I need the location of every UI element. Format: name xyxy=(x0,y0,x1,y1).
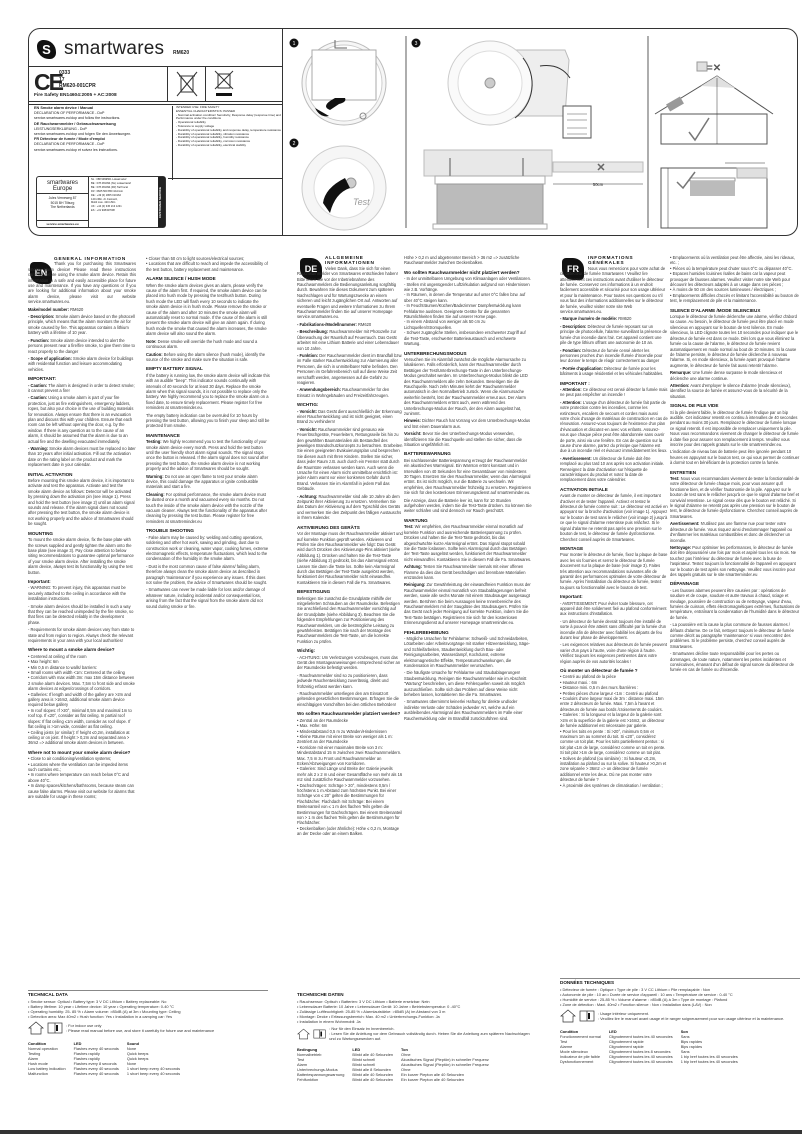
ce-line: RM620-001CPR xyxy=(59,83,96,90)
fr-condition-table: ConditionLEDSon Fonctionnement normalCli… xyxy=(560,1029,746,1064)
svg-text:✕: ✕ xyxy=(596,162,605,174)
smartwares-logo: S smartwares xyxy=(37,38,164,60)
en-technical-data: TECHNICAL DATA • Smoke sensor: Optical •… xyxy=(28,992,288,1076)
roof-placement-icon: =✕ xyxy=(655,62,773,144)
en-column-1: GENERAL INFORMATION Thank you for purcha… xyxy=(28,256,136,799)
weee-bin-bar-icon xyxy=(206,66,283,102)
installation-diagram: 1 2 Test 3 xyxy=(285,28,798,236)
fr-column-1: INFORMATIONS GÉNÉRALES Nous vous remerci… xyxy=(560,255,668,788)
indoor-house-icon xyxy=(297,1027,310,1041)
de-condition-table: BedingungLEDTon NormalbetriebBlinkt alle… xyxy=(297,1047,497,1082)
intended-use: INTENDED USE: FIRE SAFETY ESSENTIAL CHAR… xyxy=(172,106,282,180)
service-website: service.smartwares.eu xyxy=(37,220,88,227)
de-technical-data: TECHNISCHE DATEN • Rauchsensor: Optisch … xyxy=(297,992,537,1082)
en-condition-table: ConditionLEDSound Normal operationFlashe… xyxy=(28,1041,188,1076)
de-column-2: Höhe > 0,2 m und abgetrennter Bereich > … xyxy=(404,255,532,723)
fr-technical-data: DONNÉES TECHNIQUES • Détecteur de fumée … xyxy=(560,980,800,1064)
svg-text:1: 1 xyxy=(293,41,296,47)
declarations: EN Smoke alarm device / Manual DECLARATI… xyxy=(34,106,168,153)
phone-list: NL : 088 9999501 Lokaal tarief BE : 078 … xyxy=(89,177,158,227)
installation-illustrations: 1 2 Test 3 xyxy=(285,28,798,236)
logo-icon: S xyxy=(37,40,56,59)
ce-mark-icon: CE xyxy=(34,69,62,96)
en-column-2: • Closer than 50 cm to light sources/ele… xyxy=(146,256,270,611)
svg-text:50cm: 50cm xyxy=(593,182,604,187)
manual-book-icon xyxy=(47,1021,63,1035)
svg-text:2: 2 xyxy=(293,141,296,147)
table-row: DysfonctionnementClignotement toutes les… xyxy=(560,1059,746,1064)
fire-safety-standard: Fire Safety EN14604:2005 + AC:2008 xyxy=(34,93,117,98)
address: Jules Verneweg 87 5015 BH Tilburg The Ne… xyxy=(37,194,88,220)
table-row: MalfunctionFlashes every 40 seconds1 sho… xyxy=(28,1071,188,1076)
indoor-house-icon xyxy=(28,1021,44,1035)
ceiling-placement-icon xyxy=(661,163,767,228)
brand-name: smartwares xyxy=(64,38,164,60)
svg-text:3: 3 xyxy=(415,41,418,47)
manual-book-icon xyxy=(579,1009,595,1023)
bottom-edge xyxy=(0,1130,802,1134)
ce-certification: CE 0333 17 RM620-001CPR Fire Safety EN14… xyxy=(28,66,168,102)
weee-bin-icon xyxy=(168,66,206,102)
table-row: FehlfunktionBlinkt alle 40 SekundenEin k… xyxy=(297,1077,497,1082)
svg-text:=✕: =✕ xyxy=(707,63,721,74)
manual-book-icon xyxy=(313,1027,326,1041)
customer-service-label: CUSTOMER SERVICE xyxy=(158,177,165,227)
model-tag: RM620 xyxy=(173,50,189,56)
step2-test-icon: 2 Test xyxy=(290,139,387,231)
de-column-1: ALLGEMEINE INFORMATIONEN Vielen Dank, da… xyxy=(297,255,403,837)
step3-mounting-icon: 3 ✕ 50cm xyxy=(412,39,644,230)
rating-label: S smartwares RM620 CE 0333 17 RM620-001C… xyxy=(28,28,283,236)
indoor-house-icon xyxy=(560,1009,576,1023)
svg-text:Test: Test xyxy=(353,197,370,207)
step1-activation-icon: 1 xyxy=(290,39,387,126)
fr-column-2: • Emplacements où la ventilation peut êt… xyxy=(670,255,800,675)
customer-service-box: smartwares Europe Jules Verneweg 87 5015… xyxy=(36,176,166,228)
